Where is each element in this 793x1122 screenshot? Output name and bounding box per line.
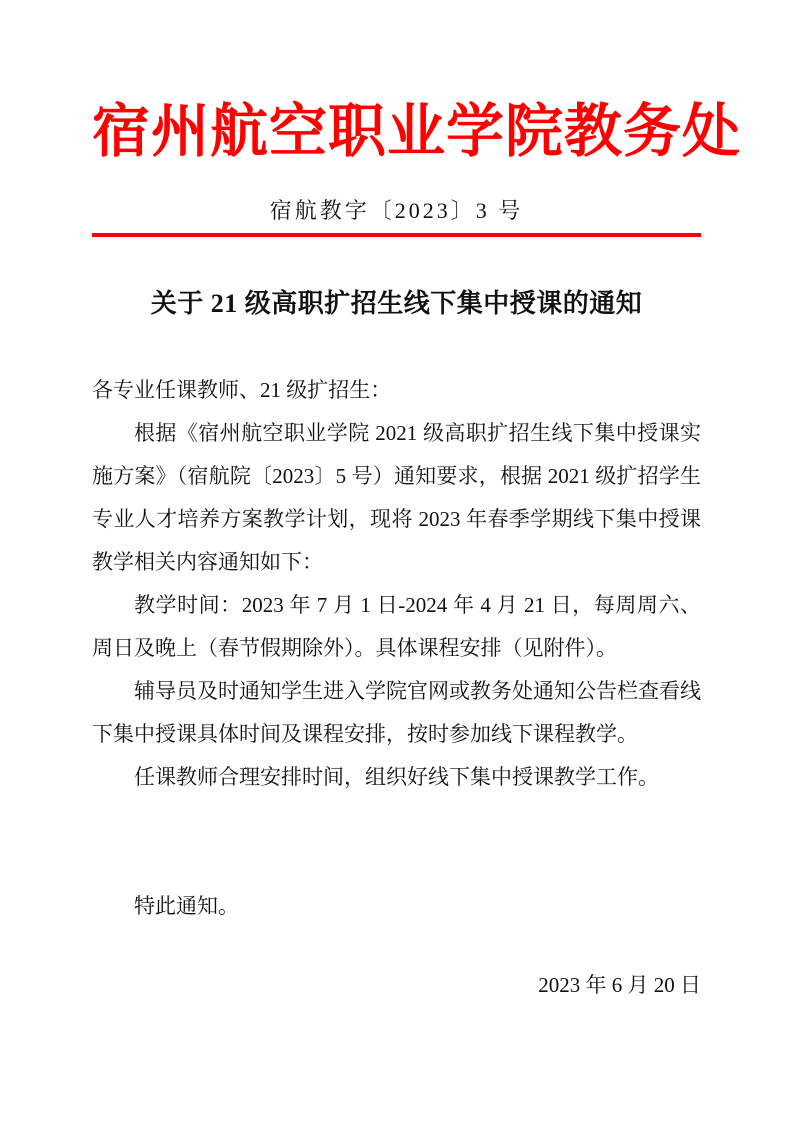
- body-paragraph: 任课教师合理安排时间，组织好线下集中授课教学工作。: [92, 756, 701, 799]
- date-line: 2023 年 6 月 20 日: [92, 964, 701, 1007]
- document-number: 宿航教字〔2023〕3 号: [92, 197, 701, 226]
- closing-line: 特此通知。: [92, 885, 701, 928]
- notice-title: 关于 21 级高职扩招生线下集中授课的通知: [92, 287, 701, 321]
- letterhead-title: 宿州航空职业学院教务处: [92, 0, 701, 169]
- body-paragraph: 根据《宿州航空职业学院 2021 级高职扩招生线下集中授课实施方案》（宿航院〔2…: [92, 412, 701, 584]
- body-paragraph: 教学时间：2023 年 7 月 1 日-2024 年 4 月 21 日，每周周六…: [92, 584, 701, 670]
- notice-body: 各专业任课教师、21 级扩招生： 根据《宿州航空职业学院 2021 级高职扩招生…: [92, 369, 701, 1007]
- document-page: 宿州航空职业学院教务处 宿航教字〔2023〕3 号 关于 21 级高职扩招生线下…: [0, 0, 793, 1122]
- body-paragraph: 辅导员及时通知学生进入学院官网或教务处通知公告栏查看线下集中授课具体时间及课程安…: [92, 670, 701, 756]
- salutation-line: 各专业任课教师、21 级扩招生：: [92, 369, 701, 412]
- red-divider-rule: [92, 233, 701, 237]
